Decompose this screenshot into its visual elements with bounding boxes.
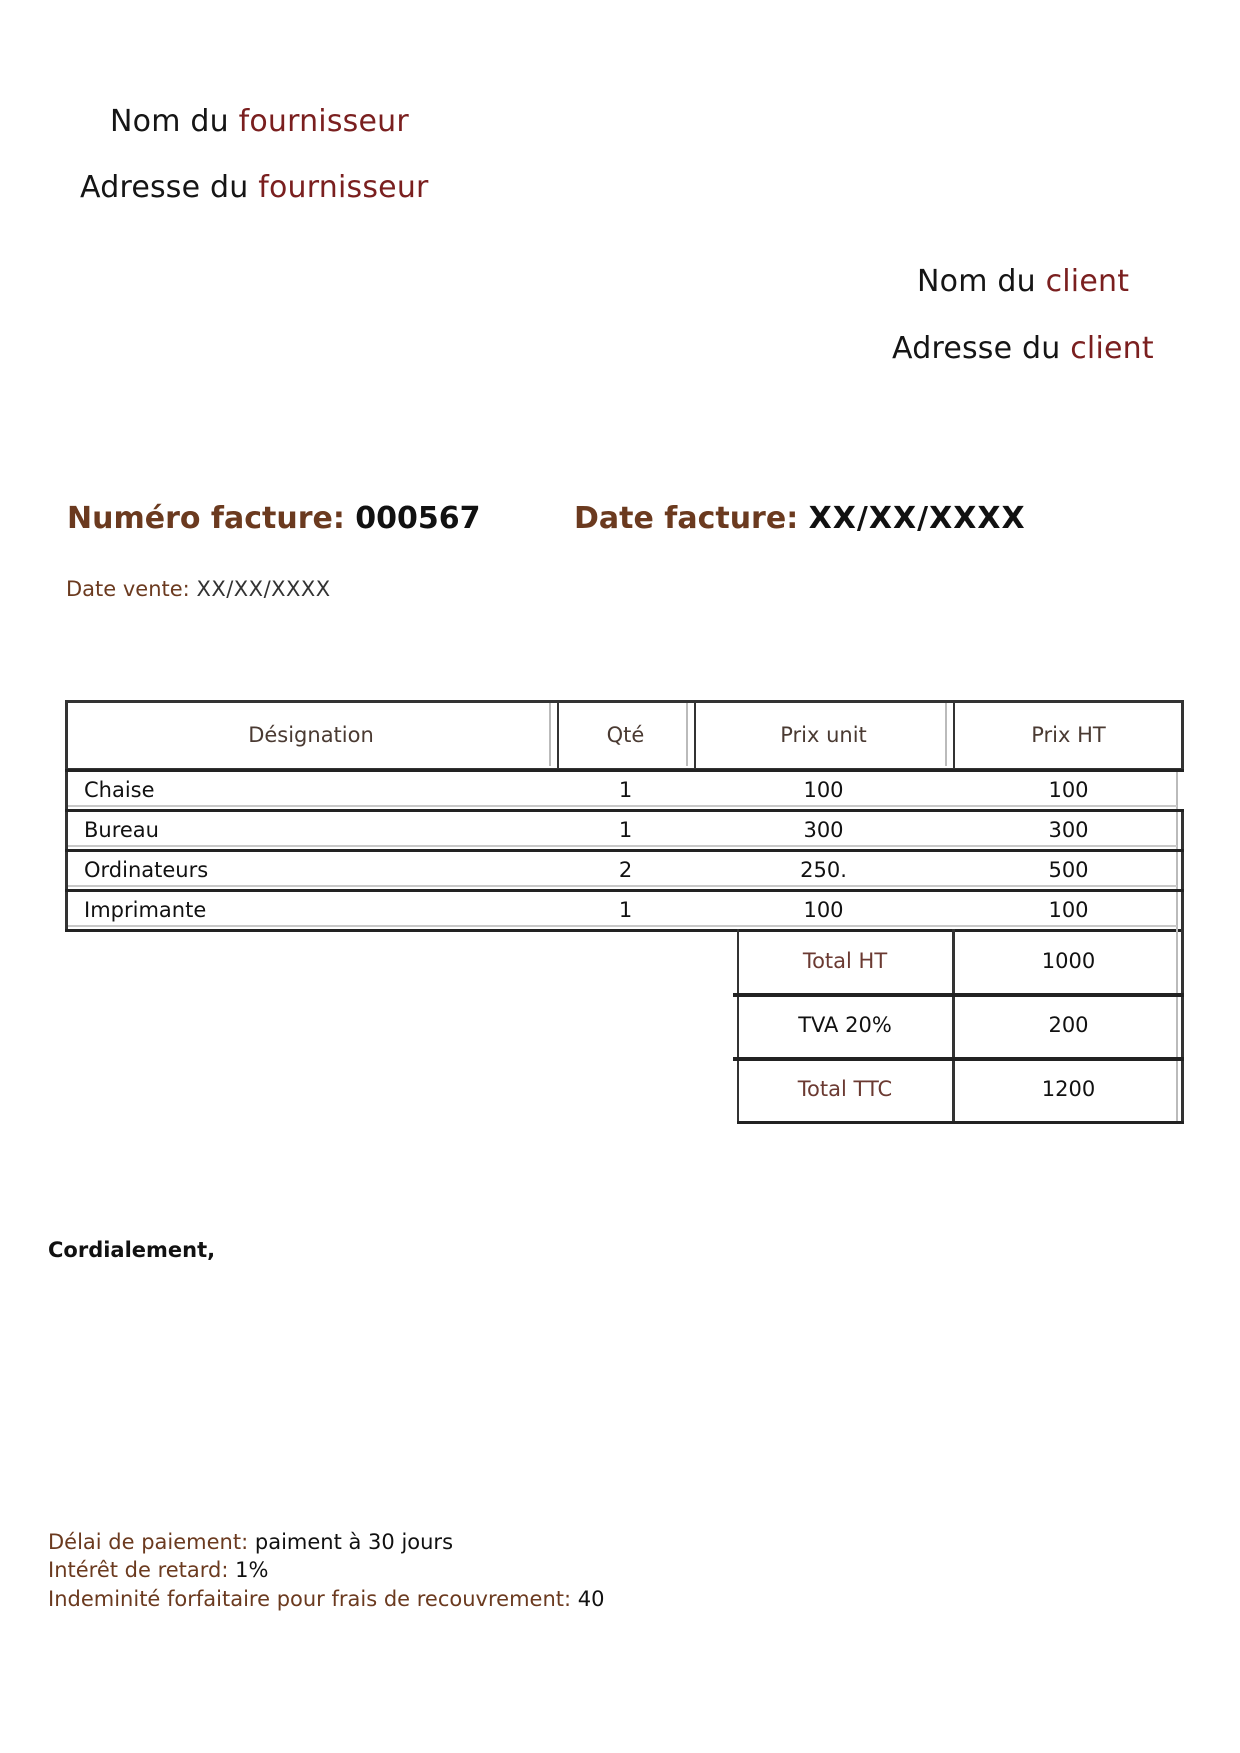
totals-label: Total TTC — [737, 1057, 953, 1121]
term-value: paiment à 30 jours — [255, 1530, 453, 1554]
term-label: Délai de paiement: — [48, 1530, 248, 1554]
totals-label: TVA 20% — [737, 993, 953, 1057]
supplier-name-accent: fournisseur — [239, 104, 409, 139]
cell-unit-price: 300 — [694, 811, 953, 849]
cell-unit-price: 100 — [694, 891, 953, 929]
term-value: 40 — [578, 1587, 605, 1611]
column-header: Désignation — [65, 700, 557, 769]
supplier-address-prefix: Adresse du — [80, 170, 248, 205]
sale-date-value: XX/XX/XXXX — [196, 577, 330, 601]
cell-qty: 2 — [557, 851, 694, 889]
closing-text: Cordialement, — [48, 1238, 215, 1262]
totals-value: 200 — [953, 993, 1184, 1057]
supplier-name: Nom du fournisseur — [110, 104, 409, 139]
cell-unit-price: 100 — [694, 771, 953, 809]
client-name: Nom du client — [917, 264, 1129, 299]
cell-designation: Ordinateurs — [65, 851, 557, 889]
invoice-date-value: XX/XX/XXXX — [809, 501, 1026, 536]
cell-designation: Bureau — [65, 811, 557, 849]
invoice-number-label: Numéro facture: — [67, 501, 345, 536]
invoice-date-label: Date facture: — [574, 501, 798, 536]
cell-designation: Chaise — [65, 771, 557, 809]
cell-price-ht: 100 — [953, 891, 1184, 929]
cell-qty: 1 — [557, 811, 694, 849]
cell-designation: Imprimante — [65, 891, 557, 929]
term-label: Intérêt de retard: — [48, 1558, 228, 1582]
supplier-address: Adresse du fournisseur — [80, 170, 429, 205]
sale-date-label: Date vente: — [66, 577, 190, 601]
cell-unit-price: 250. — [694, 851, 953, 889]
totals-label: Total HT — [737, 929, 953, 993]
cell-qty: 1 — [557, 771, 694, 809]
client-address-prefix: Adresse du — [892, 331, 1060, 366]
client-address: Adresse du client — [892, 331, 1154, 366]
invoice-date: Date facture: XX/XX/XXXX — [574, 501, 1026, 536]
term-label: Indeminité forfaitaire pour frais de rec… — [48, 1587, 571, 1611]
client-name-accent: client — [1046, 264, 1130, 299]
term-value: 1% — [235, 1558, 268, 1582]
payment-term-interest: Intérêt de retard: 1% — [48, 1558, 268, 1582]
invoice-number: Numéro facture: 000567 — [67, 501, 481, 536]
sale-date: Date vente: XX/XX/XXXX — [66, 577, 331, 601]
cell-qty: 1 — [557, 891, 694, 929]
payment-term-recovery-fee: Indeminité forfaitaire pour frais de rec… — [48, 1587, 605, 1611]
client-name-prefix: Nom du — [917, 264, 1036, 299]
cell-price-ht: 500 — [953, 851, 1184, 889]
totals-value: 1000 — [953, 929, 1184, 993]
totals-value: 1200 — [953, 1057, 1184, 1121]
cell-price-ht: 300 — [953, 811, 1184, 849]
column-header: Prix HT — [953, 700, 1184, 769]
payment-term-delay: Délai de paiement: paiment à 30 jours — [48, 1530, 453, 1554]
totals-bottom-border — [737, 1121, 1184, 1124]
column-header: Qté — [557, 700, 694, 769]
cell-price-ht: 100 — [953, 771, 1184, 809]
supplier-name-prefix: Nom du — [110, 104, 229, 139]
supplier-address-accent: fournisseur — [258, 170, 428, 205]
column-header: Prix unit — [694, 700, 953, 769]
client-address-accent: client — [1070, 331, 1154, 366]
invoice-number-value: 000567 — [355, 501, 480, 536]
